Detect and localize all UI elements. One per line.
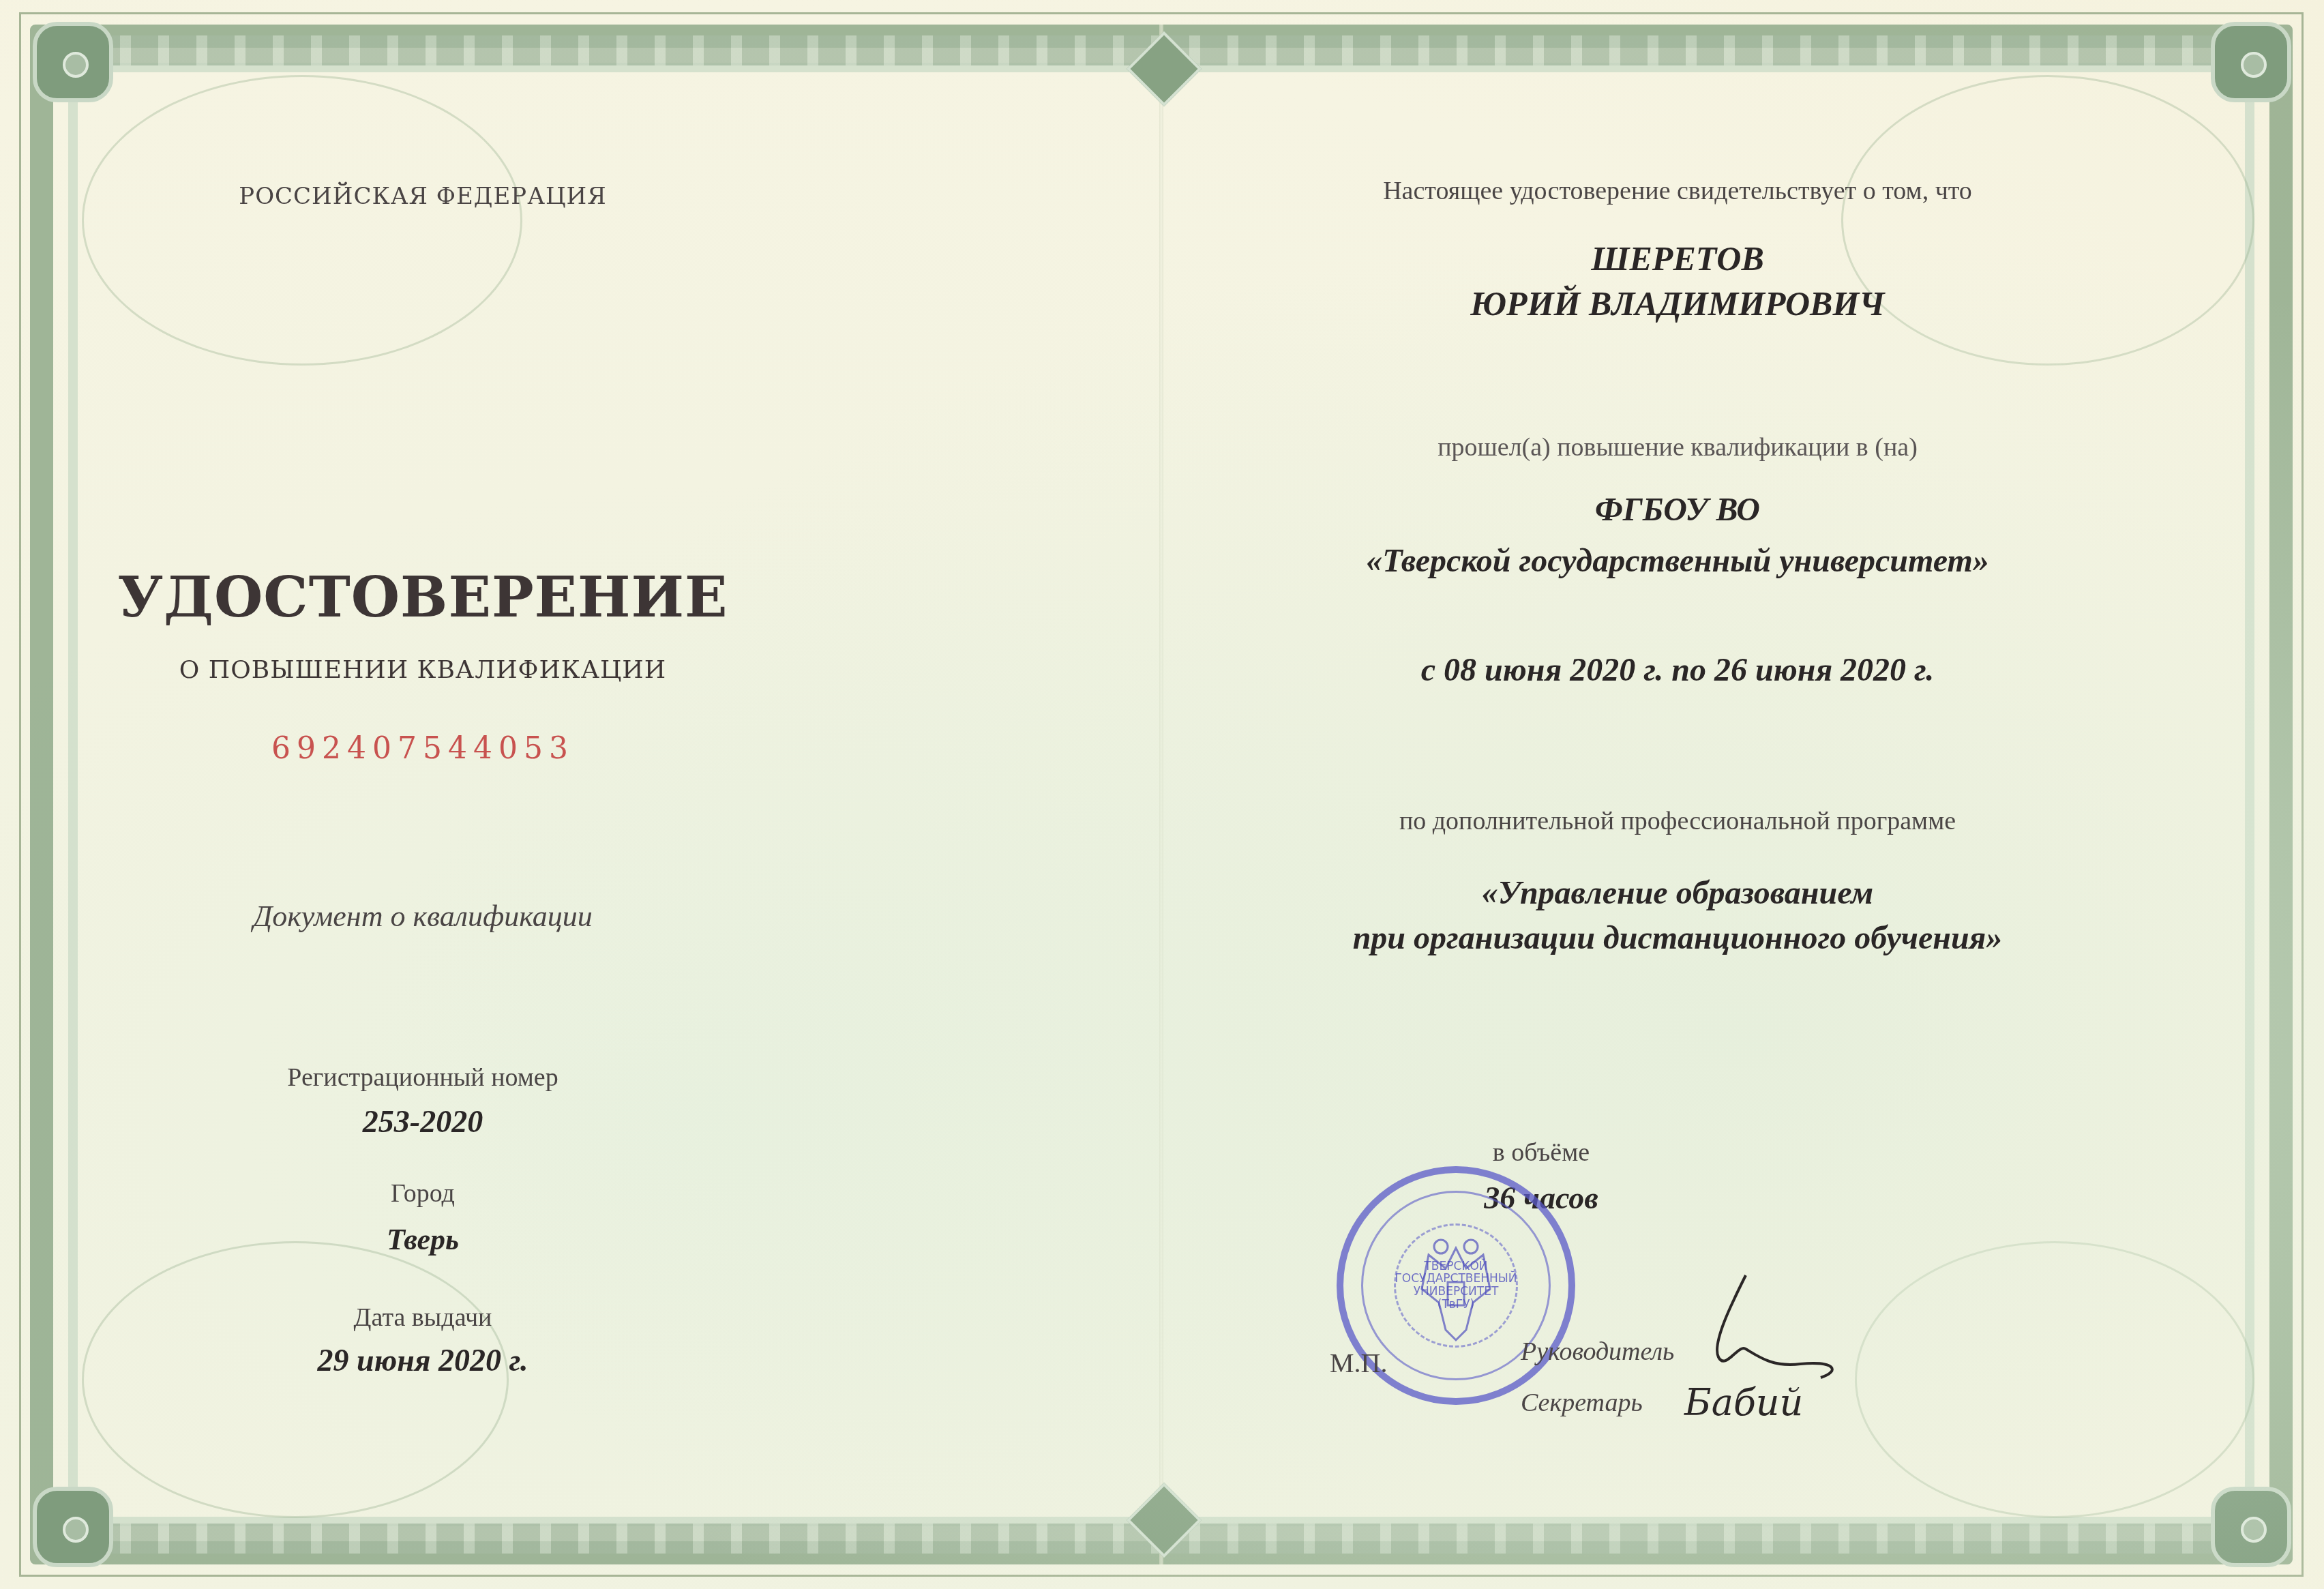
corner-ornament-icon <box>2211 22 2291 102</box>
document-title: УДОСТОВЕРЕНИЕ <box>0 565 927 630</box>
intro-text: Настоящее удостоверение свидетельствует … <box>1173 176 2182 206</box>
country-name: РОССИЙСКАЯ ФЕДЕРАЦИЯ <box>0 183 927 210</box>
page-fold <box>1159 25 1163 1564</box>
seal-place-label: М.П. <box>1330 1347 1387 1379</box>
document-subtitle: О ПОВЫШЕНИИ КВАЛИФИКАЦИИ <box>0 656 927 684</box>
serial-number: 692407544053 <box>0 731 927 766</box>
corner-ornament-icon <box>2211 1487 2291 1567</box>
city-value: Тверь <box>0 1222 927 1257</box>
program-name-line-2: при организации дистанционного обучения» <box>1173 919 2182 957</box>
city-label: Город <box>0 1178 927 1208</box>
registration-number-label: Регистрационный номер <box>0 1063 927 1093</box>
issue-date-label: Дата выдачи <box>0 1303 927 1333</box>
head-label: Руководитель <box>1521 1337 1674 1367</box>
secretary-label: Секретарь <box>1521 1388 1643 1418</box>
head-signature-icon <box>1698 1268 1875 1384</box>
holder-given-names: ЮРИЙ ВЛАДИМИРОВИЧ <box>1173 284 2182 323</box>
issue-date: 29 июня 2020 г. <box>0 1342 927 1378</box>
secretary-signature: Бабий <box>1684 1381 1803 1424</box>
institution-line-2: «Тверской государственный университет» <box>1173 542 2182 580</box>
coat-of-arms-icon <box>1408 1228 1504 1343</box>
volume-label: в объёме <box>1371 1138 1712 1168</box>
holder-surname: ШЕРЕТОВ <box>1173 239 2182 278</box>
corner-ornament-icon <box>33 1487 113 1567</box>
registration-number: 253-2020 <box>0 1103 927 1140</box>
program-name-line-1: «Управление образованием <box>1173 874 2182 912</box>
left-page: РОССИЙСКАЯ ФЕДЕРАЦИЯ УДОСТОВЕРЕНИЕ О ПОВ… <box>123 0 1132 1589</box>
training-period: с 08 июня 2020 г. по 26 июня 2020 г. <box>1173 651 2182 689</box>
corner-ornament-icon <box>33 22 113 102</box>
completed-label: прошел(а) повышение квалификации в (на) <box>1173 432 2182 462</box>
institution-line-1: ФГБОУ ВО <box>1173 491 2182 529</box>
program-label: по дополнительной профессиональной прогр… <box>1173 806 2182 836</box>
document-type: Документ о квалификации <box>0 899 927 934</box>
